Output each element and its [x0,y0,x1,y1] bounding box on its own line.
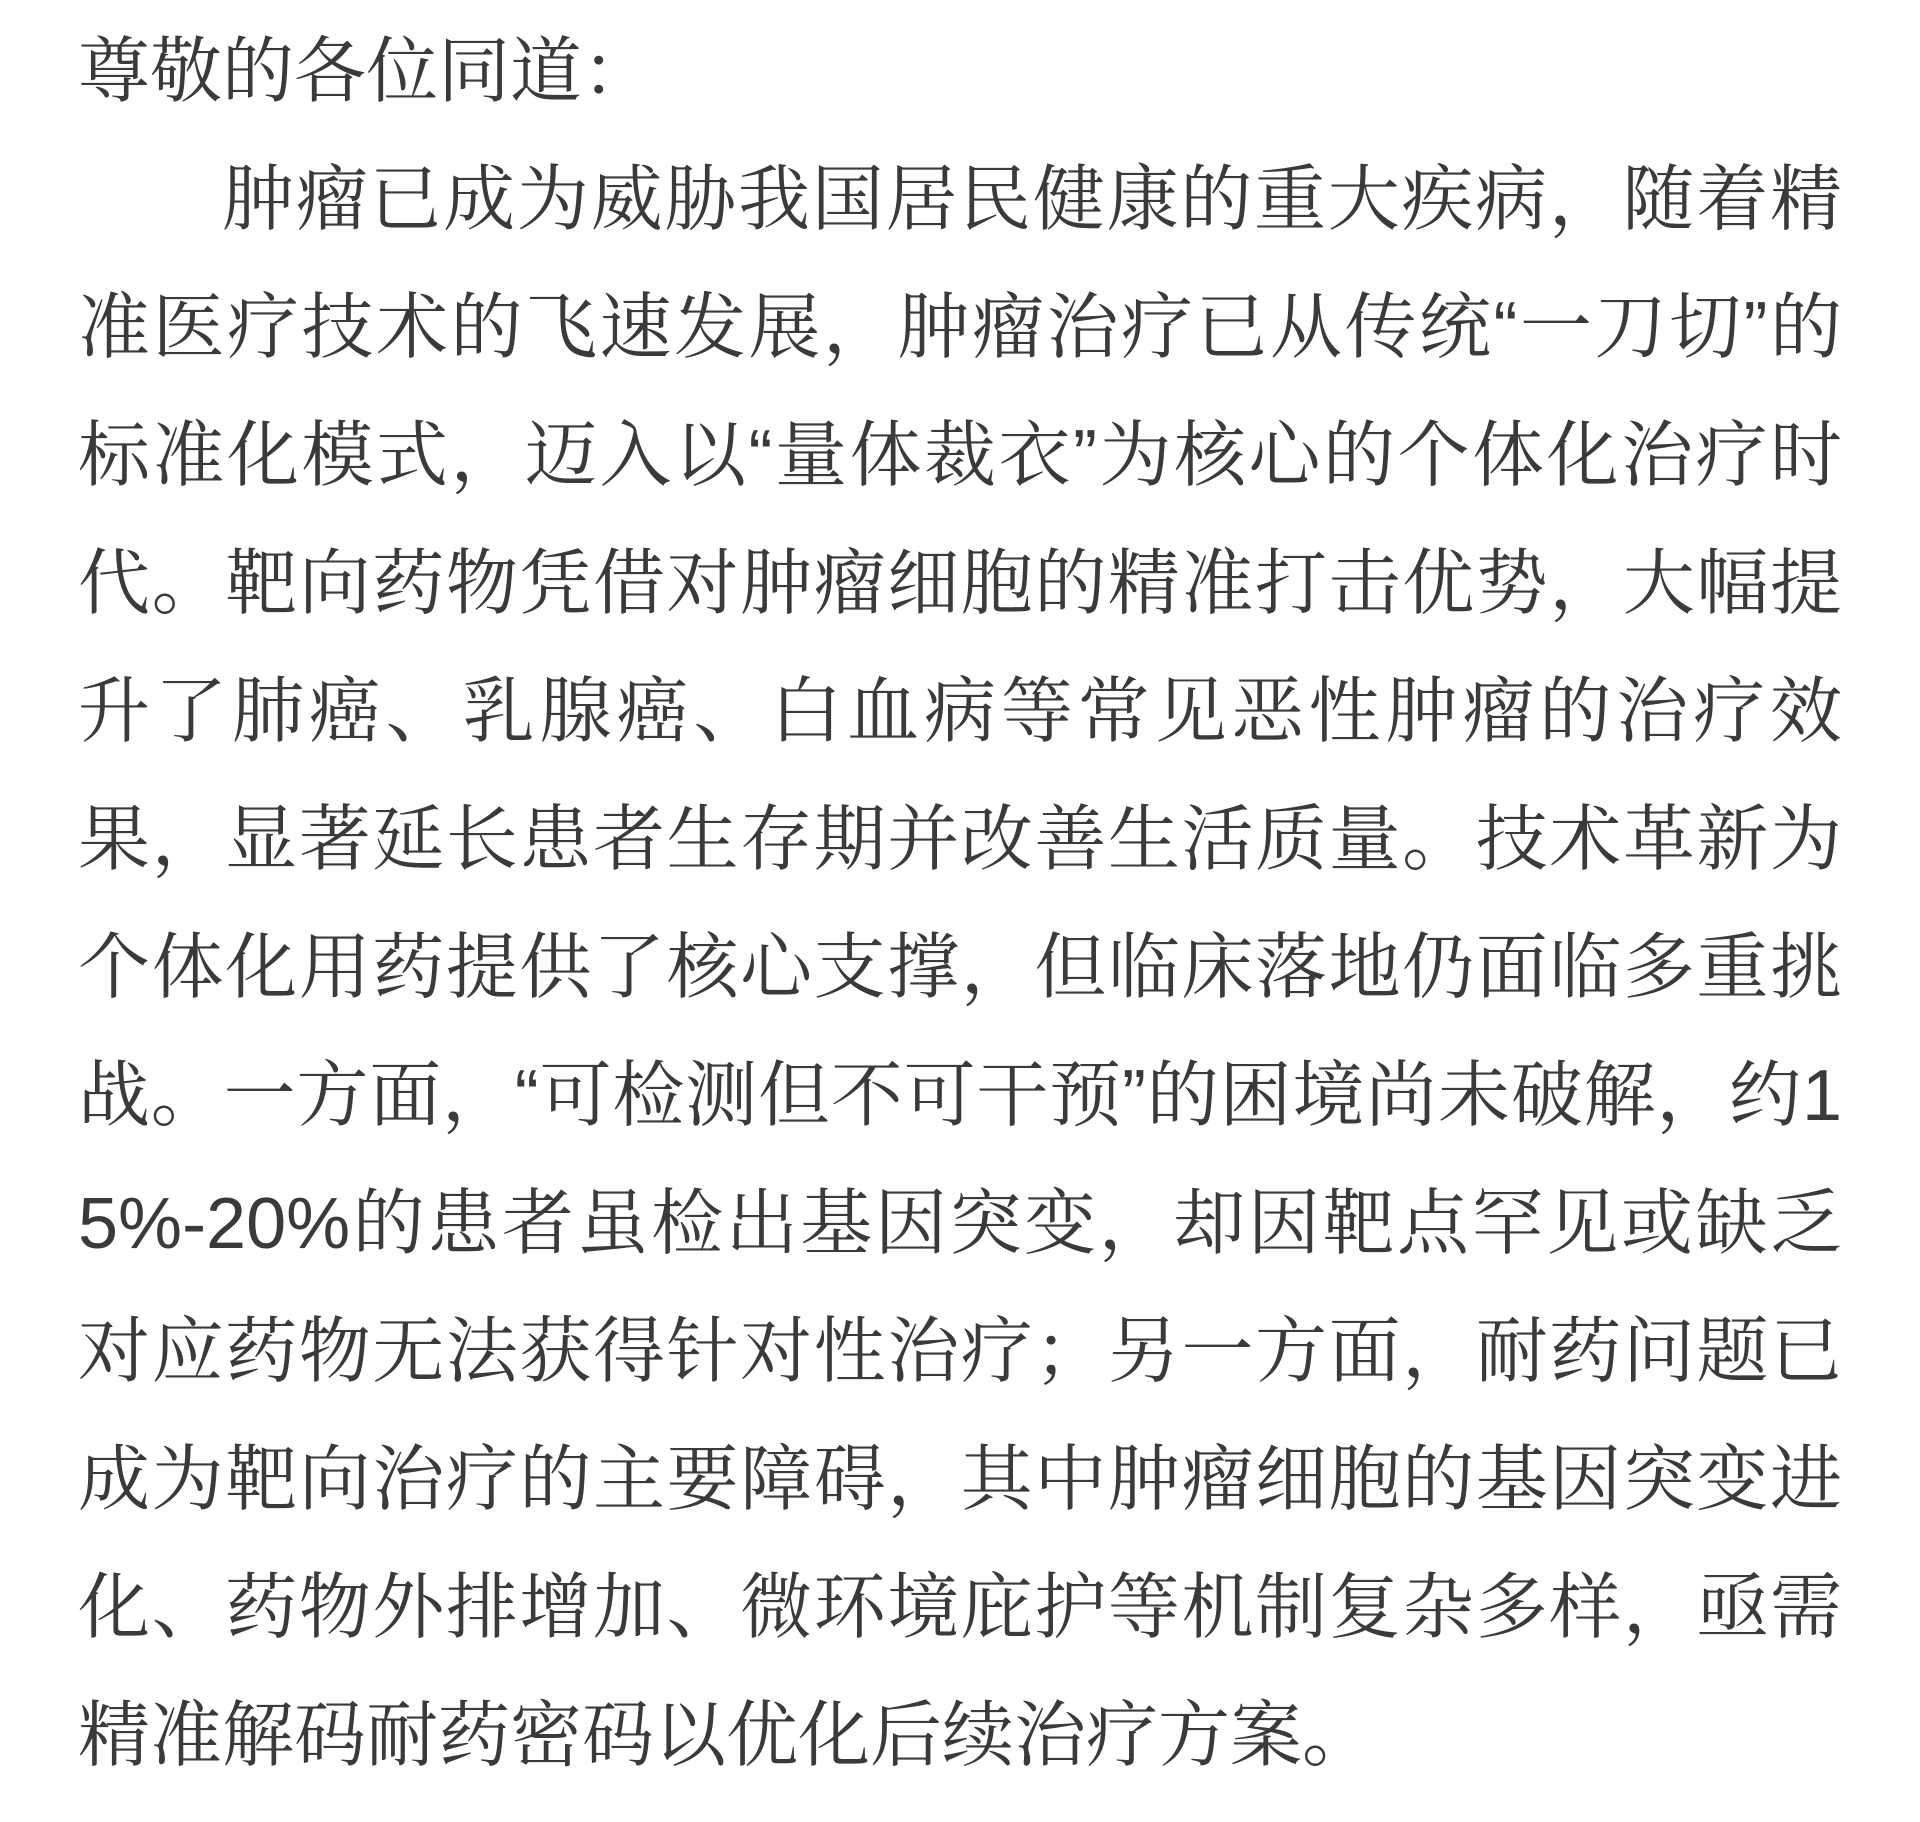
document-page: 尊敬的各位同道： 肿瘤已成为威胁我国居民健康的重大疾病，随着精准医疗技术的飞速发… [0,0,1920,1822]
body-paragraph: 肿瘤已成为威胁我国居民健康的重大疾病，随着精准医疗技术的飞速发展，肿瘤治疗已从传… [78,136,1842,1800]
letter-body: 尊敬的各位同道： 肿瘤已成为威胁我国居民健康的重大疾病，随着精准医疗技术的飞速发… [0,0,1920,1800]
salutation-line: 尊敬的各位同道： [78,8,1842,136]
